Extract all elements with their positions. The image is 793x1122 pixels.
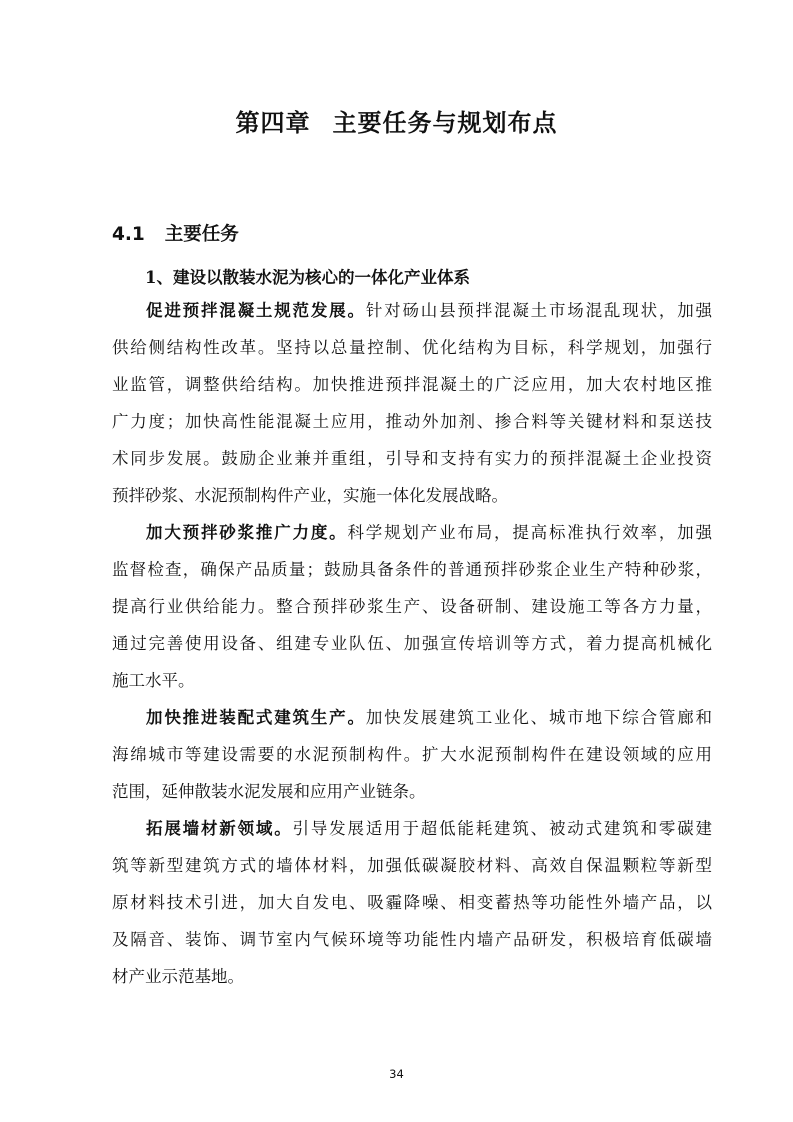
- paragraph-line: 筑等新型建筑方式的墙体材料，加强低碳凝胶材料、高效自保温颗粒等新型: [112, 847, 712, 884]
- paragraph-ready-mixed-concrete: 促进预拌混凝土规范发展。针对砀山县预拌混凝土市场混乱现状，加强 供给侧结构性改革…: [112, 292, 712, 514]
- paragraph-line: 提高行业供给能力。整合预拌砂浆生产、设备研制、建设施工等各方力量，: [112, 588, 712, 625]
- paragraph-line: 加大预拌砂浆推广力度。科学规划产业布局，提高标准执行效率，加强: [112, 514, 712, 551]
- paragraph-lead: 促进预拌混凝土规范发展。: [146, 301, 366, 320]
- paragraph-line: 海绵城市等建设需要的水泥预制构件。扩大水泥预制构件在建设领域的应用: [112, 736, 712, 773]
- paragraph-line: 监督检查，确保产品质量；鼓励具备条件的普通预拌砂浆企业生产特种砂浆，: [112, 551, 712, 588]
- paragraph-ready-mixed-mortar: 加大预拌砂浆推广力度。科学规划产业布局，提高标准执行效率，加强 监督检查，确保产…: [112, 514, 712, 699]
- paragraph-line: 业监管，调整供给结构。加快推进预拌混凝土的广泛应用，加大农村地区推: [112, 366, 712, 403]
- paragraph-line: 供给侧结构性改革。坚持以总量控制、优化结构为目标，科学规划，加强行: [112, 329, 712, 366]
- page-number: 34: [0, 1067, 793, 1081]
- paragraph-lead: 加大预拌砂浆推广力度。: [146, 523, 347, 542]
- section-name: 主要任务: [165, 224, 239, 245]
- chapter-number: 第四章: [236, 109, 311, 137]
- paragraph-line: 广力度；加快高性能混凝土应用，推动外加剂、掺合料等关键材料和泵送技: [112, 403, 712, 440]
- section-number: 4.1: [112, 224, 145, 245]
- paragraph-line: 加快推进装配式建筑生产。加快发展建筑工业化、城市地下综合管廊和: [112, 699, 712, 736]
- paragraph-line: 材产业示范基地。: [112, 958, 712, 995]
- chapter-name: 主要任务与规划布点: [333, 109, 558, 137]
- paragraph-lead: 拓展墙材新领域。: [146, 819, 293, 838]
- paragraph-lead: 加快推进装配式建筑生产。: [146, 708, 366, 727]
- subsection-heading: 1、建设以散装水泥为核心的一体化产业体系: [145, 264, 470, 288]
- paragraph-line: 通过完善使用设备、组建专业队伍、加强宣传培训等方式，着力提高机械化: [112, 625, 712, 662]
- paragraph-line: 促进预拌混凝土规范发展。针对砀山县预拌混凝土市场混乱现状，加强: [112, 292, 712, 329]
- paragraph-wall-materials: 拓展墙材新领域。引导发展适用于超低能耗建筑、被动式建筑和零碳建 筑等新型建筑方式…: [112, 810, 712, 995]
- paragraph-line: 预拌砂浆、水泥预制构件产业，实施一体化发展战略。: [112, 477, 712, 514]
- chapter-title: 第四章主要任务与规划布点: [0, 103, 793, 138]
- paragraph-line: 拓展墙材新领域。引导发展适用于超低能耗建筑、被动式建筑和零碳建: [112, 810, 712, 847]
- paragraph-line: 施工水平。: [112, 662, 712, 699]
- paragraph-prefab-construction: 加快推进装配式建筑生产。加快发展建筑工业化、城市地下综合管廊和 海绵城市等建设需…: [112, 699, 712, 810]
- paragraph-line: 术同步发展。鼓励企业兼并重组，引导和支持有实力的预拌混凝土企业投资: [112, 440, 712, 477]
- paragraph-line: 原材料技术引进，加大自发电、吸霾降噪、相变蓄热等功能性外墙产品，以: [112, 884, 712, 921]
- section-heading: 4.1主要任务: [112, 220, 239, 246]
- paragraph-line: 及隔音、装饰、调节室内气候环境等功能性内墙产品研发，积极培育低碳墙: [112, 921, 712, 958]
- paragraph-line: 范围，延伸散装水泥发展和应用产业链条。: [112, 773, 712, 810]
